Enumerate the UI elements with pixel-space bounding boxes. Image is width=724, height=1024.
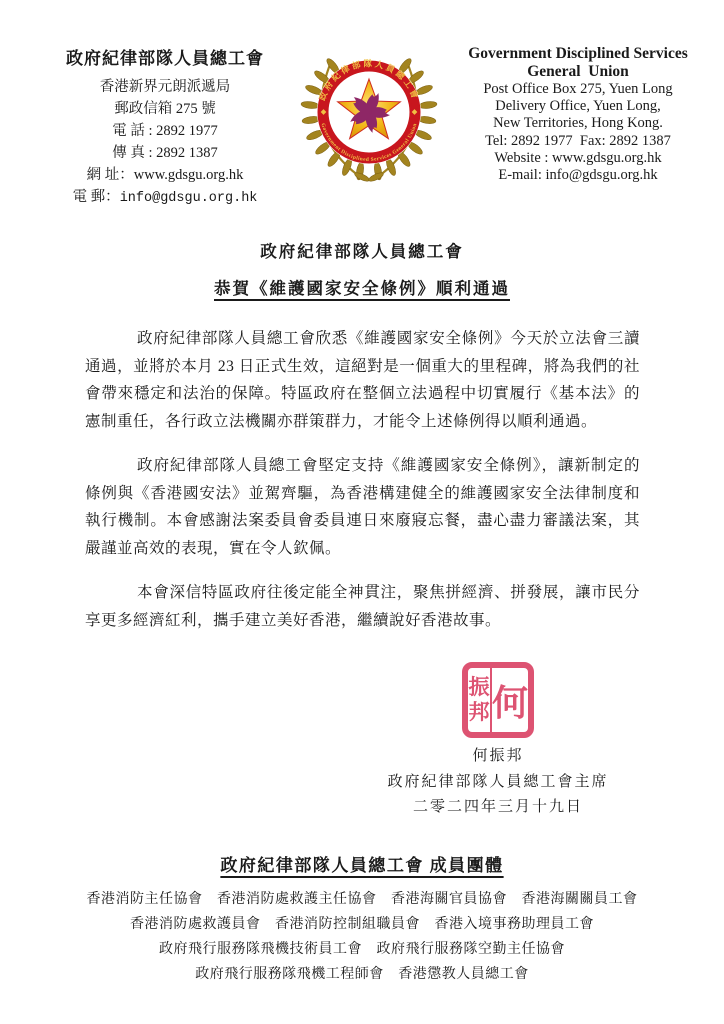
chinese-address-line2: 郵政信箱 275 號 [58,98,272,120]
letterhead-english: Government Disciplined Services General … [438,45,718,184]
english-website-line: Website : www.gdsgu.org.hk [438,150,718,167]
seal-char-top: 振 [468,675,490,700]
english-email-line: E-mail: info@gdsgu.org.hk [438,167,718,184]
signature-name: 何振邦 [328,744,668,770]
org-name-chinese: 政府紀律部隊人員總工會 [58,44,272,69]
org-name-english-line2: General Union [438,63,718,81]
signature-title: 政府紀律部隊人員總工會主席 [328,770,668,796]
members-list: 香港消防主任協會 香港消防處救護主任協會 香港海關官員協會 香港海關關員工會 香… [0,887,724,987]
seal-char-main: 何 [492,675,528,726]
english-address-line2: Delivery Office, Yuen Long, [438,98,718,115]
website-label: 網 址： [87,167,134,183]
english-address-line3: New Territories, Hong Kong. [438,115,718,132]
signature-date: 二零二四年三月十九日 [328,795,668,821]
email-line: 電 郵：info@gdsgu.org.hk [58,186,272,210]
email-label: 電 郵： [73,189,120,205]
website-value: www.gdsgu.org.hk [134,167,244,183]
paragraph-2: 政府紀律部隊人員總工會堅定支持《維護國家安全條例》，讓新制定的條例與《香港國安法… [85,452,640,562]
english-tel-fax-line: Tel: 2892 1977 Fax: 2892 1387 [438,133,718,150]
phone-line: 電 話 : 2892 1977 [58,120,272,142]
website-line: 網 址：www.gdsgu.org.hk [58,164,272,186]
members-heading: 政府紀律部隊人員總工會 成員團體 [0,851,724,876]
seal-char-bottom: 邦 [468,700,490,725]
org-name-english-line1: Government Disciplined Services [438,45,718,63]
president-seal: 振 邦 何 [462,662,534,738]
letterhead: 政府紀律部隊人員總工會 香港新界元朗派遞局 郵政信箱 275 號 電 話 : 2… [0,0,724,228]
paragraph-1: 政府紀律部隊人員總工會欣悉《維護國家安全條例》今天於立法會三讀通過，並將於本月 … [85,325,640,435]
member-line-4: 政府飛行服務隊飛機工程師會 香港懲教人員總工會 [0,962,724,987]
letter-body: 政府紀律部隊人員總工會欣悉《維護國家安全條例》今天於立法會三讀通過，並將於本月 … [85,325,640,634]
paragraph-3: 本會深信特區政府往後定能全神貫注，聚焦拼經濟、拼發展，讓市民分享更多經濟紅利，攜… [85,579,640,634]
fax-line: 傳 真 : 2892 1387 [58,142,272,164]
email-value: info@gdsgu.org.hk [120,191,258,206]
signature-block: 振 邦 何 何振邦 政府紀律部隊人員總工會主席 二零二四年三月十九日 [328,662,668,821]
seal-right-column: 何 [492,668,528,732]
member-line-3: 政府飛行服務隊飛機技術員工會 政府飛行服務隊空勤主任協會 [0,937,724,962]
seal-left-column: 振 邦 [468,668,492,732]
union-logo-svg: 政府紀律部隊人員總工會 Government Disciplined Servi… [296,34,442,186]
english-address-line1: Post Office Box 275, Yuen Long [438,81,718,98]
member-line-1: 香港消防主任協會 香港消防處救護主任協會 香港海關官員協會 香港海關關員工會 [0,887,724,912]
union-logo: 政府紀律部隊人員總工會 Government Disciplined Servi… [296,34,442,186]
member-line-2: 香港消防處救護員會 香港消防控制組職員會 香港入境事務助理員工會 [0,912,724,937]
letter-page: 政府紀律部隊人員總工會 香港新界元朗派遞局 郵政信箱 275 號 電 話 : 2… [0,0,724,1024]
letterhead-chinese: 政府紀律部隊人員總工會 香港新界元朗派遞局 郵政信箱 275 號 電 話 : 2… [58,44,272,210]
chinese-address-line1: 香港新界元朗派遞局 [58,76,272,98]
doc-title: 政府紀律部隊人員總工會 [0,238,724,262]
doc-subtitle: 恭賀《維護國家安全條例》順利通過 [0,275,724,299]
